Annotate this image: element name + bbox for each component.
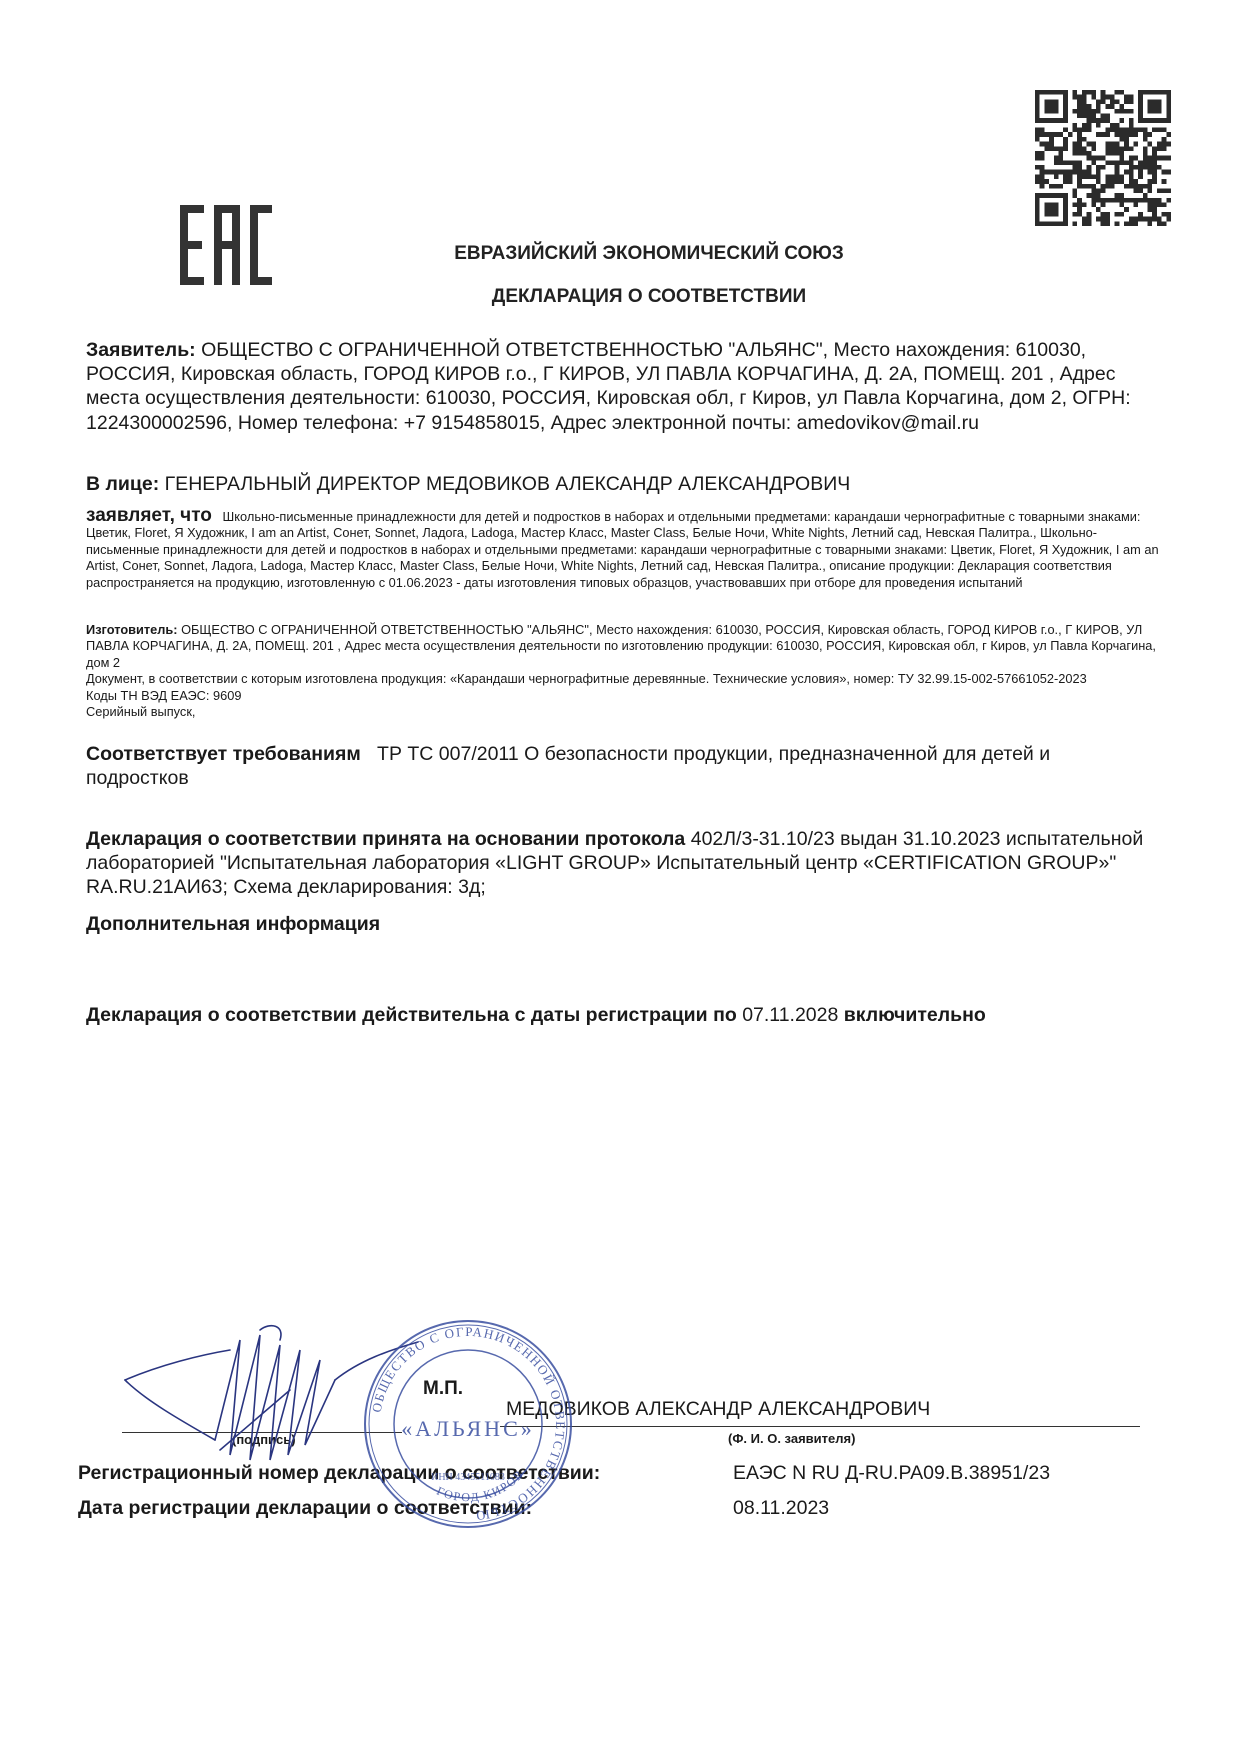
conforms-label: Соответствует требованиям bbox=[86, 743, 361, 765]
manufacturer-document: Документ, в соответствии с которым изгот… bbox=[86, 671, 1166, 687]
validity-date: 07.11.2028 bbox=[742, 1004, 838, 1026]
declaration-title: ДЕКЛАРАЦИЯ О СООТВЕТСТВИИ bbox=[0, 286, 1238, 308]
validity-suffix: включительно bbox=[844, 1004, 986, 1026]
conforms-section: Соответствует требованиям ТР ТС 007/2011… bbox=[86, 742, 1156, 790]
svg-text:ИНН 4345511083: ИНН 4345511083 bbox=[431, 1472, 505, 1483]
declares-text: Школьно-письменные принадлежности для де… bbox=[86, 509, 1159, 590]
basis-label: Декларация о соответствии принята на осн… bbox=[86, 828, 685, 850]
applicant-label: Заявитель: bbox=[86, 339, 196, 361]
representative-section: В лице: ГЕНЕРАЛЬНЫЙ ДИРЕКТОР МЕДОВИКОВ А… bbox=[86, 472, 1156, 496]
representative-label: В лице: bbox=[86, 473, 159, 495]
registration-number-value: ЕАЭС N RU Д-RU.РА09.В.38951/23 bbox=[733, 1462, 1050, 1485]
svg-text:«АЛЬЯНС»: «АЛЬЯНС» bbox=[401, 1416, 535, 1441]
declares-section: заявляет, что Школьно-письменные принадл… bbox=[86, 508, 1166, 591]
declares-label: заявляет, что bbox=[86, 505, 212, 526]
validity-prefix: Декларация о соответствии действительна … bbox=[86, 1004, 737, 1026]
name-caption: (Ф. И. О. заявителя) bbox=[728, 1431, 855, 1446]
qr-code-icon bbox=[1035, 90, 1171, 226]
tn-ved-codes: Коды ТН ВЭД ЕАЭС: 9609 bbox=[86, 688, 1166, 704]
release-type: Серийный выпуск, bbox=[86, 704, 1166, 720]
validity-section: Декларация о соответствии действительна … bbox=[86, 1003, 1156, 1027]
additional-info-label: Дополнительная информация bbox=[86, 912, 1156, 936]
applicant-section: Заявитель: ОБЩЕСТВО С ОГРАНИЧЕННОЙ ОТВЕТ… bbox=[86, 338, 1156, 435]
registration-date-value: 08.11.2023 bbox=[733, 1497, 829, 1520]
union-title: ЕВРАЗИЙСКИЙ ЭКОНОМИЧЕСКИЙ СОЮЗ bbox=[0, 243, 1238, 265]
manufacturer-section: Изготовитель: ОБЩЕСТВО С ОГРАНИЧЕННОЙ ОТ… bbox=[86, 622, 1166, 720]
manufacturer-text: ОБЩЕСТВО С ОГРАНИЧЕННОЙ ОТВЕТСТВЕННОСТЬЮ… bbox=[86, 622, 1156, 670]
company-stamp-icon: ОБЩЕСТВО С ОГРАНИЧЕННОЙ ОТВЕТСТВЕННОСТЬЮ… bbox=[362, 1318, 574, 1530]
manufacturer-label: Изготовитель: bbox=[86, 622, 178, 637]
name-line bbox=[500, 1426, 1140, 1427]
applicant-text: ОБЩЕСТВО С ОГРАНИЧЕННОЙ ОТВЕТСТВЕННОСТЬЮ… bbox=[86, 339, 1131, 434]
representative-text: ГЕНЕРАЛЬНЫЙ ДИРЕКТОР МЕДОВИКОВ АЛЕКСАНДР… bbox=[165, 473, 851, 495]
basis-section: Декларация о соответствии принята на осн… bbox=[86, 827, 1156, 899]
